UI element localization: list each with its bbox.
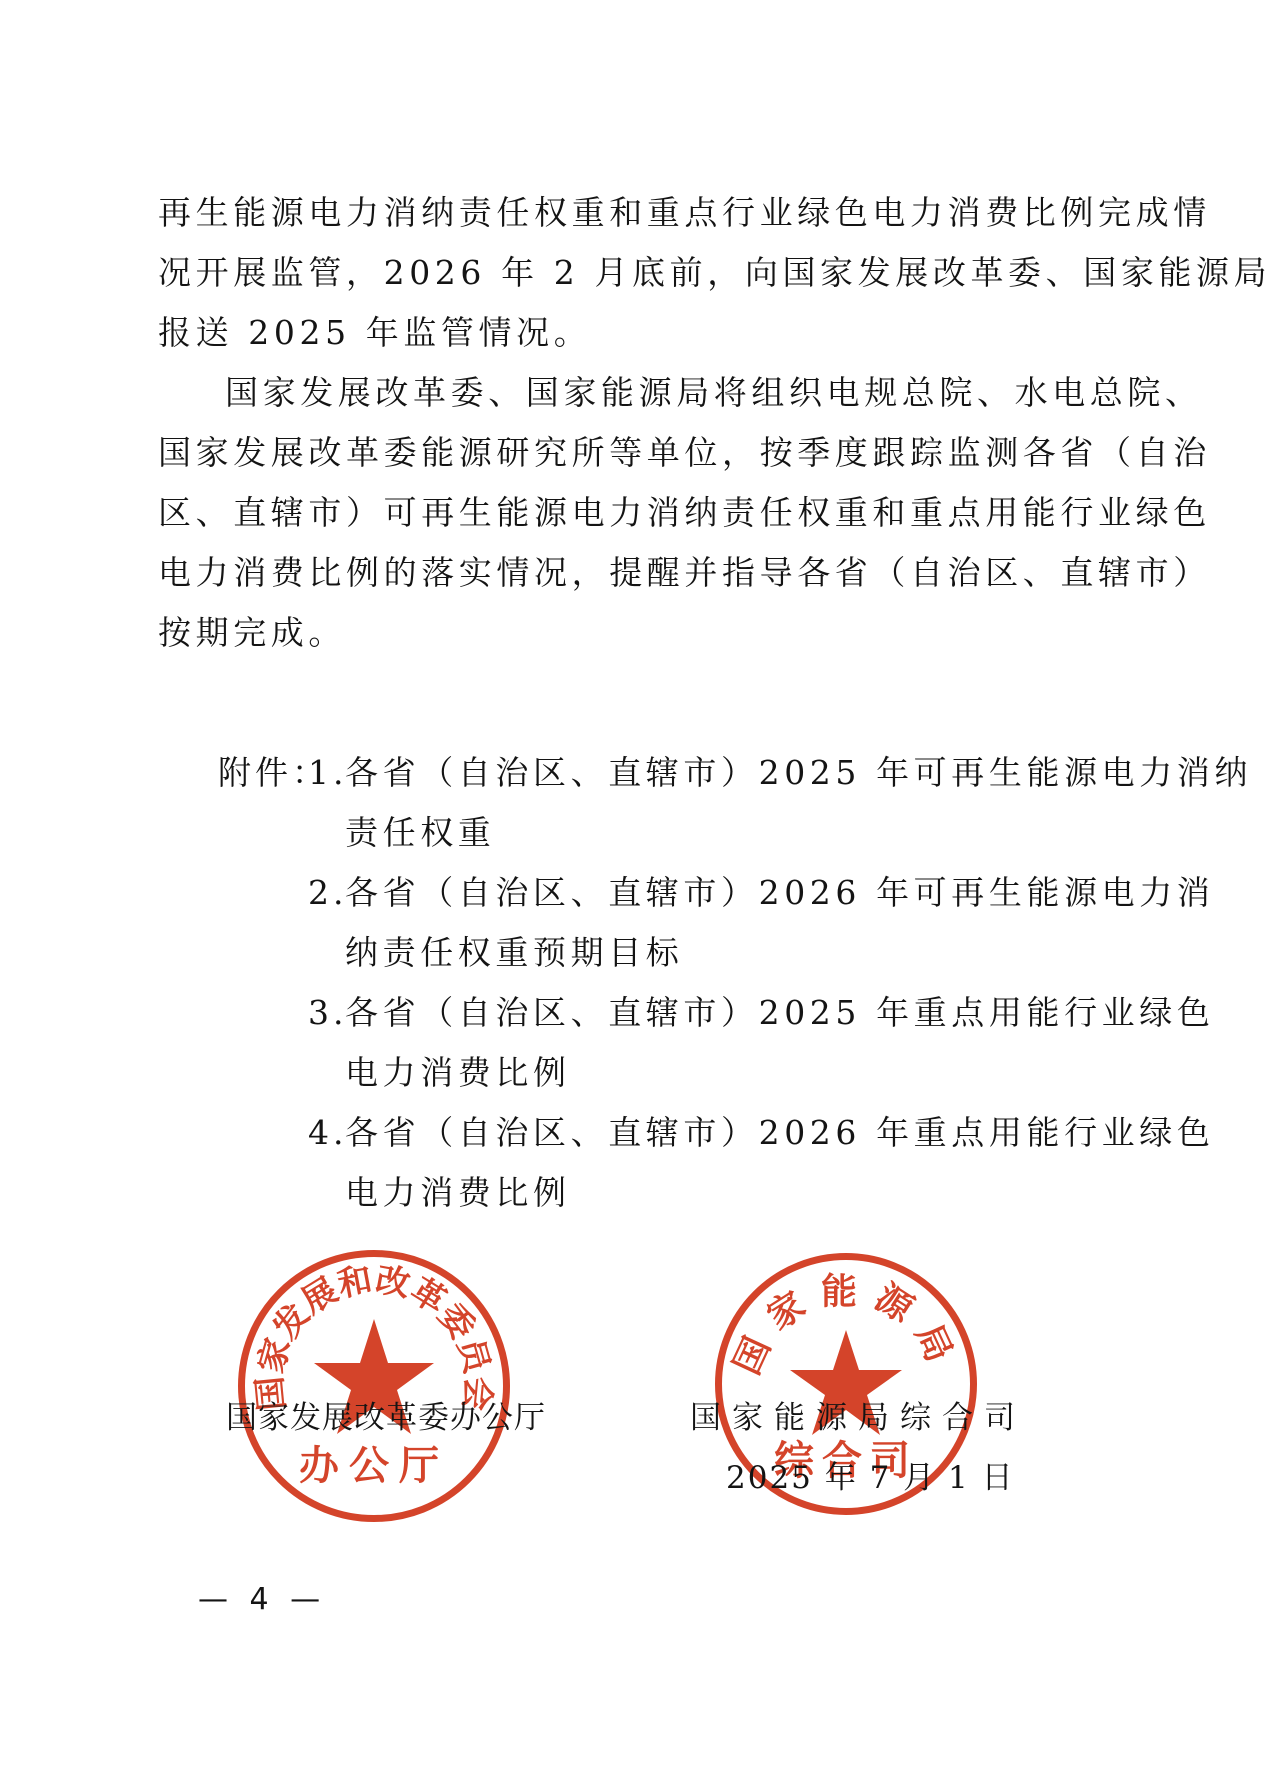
paragraph-2-line-1: 国家发展改革委、国家能源局将组织电规总院、水电总院、 [225, 373, 1078, 413]
ndrc-office-seal: 国家发展和改革委员会 办公厅 [238, 1250, 510, 1522]
issue-date: 2025 年 7 月 1 日 [726, 1458, 1015, 1498]
attachment-2-number: 2. [308, 873, 348, 913]
svg-text:办公厅: 办公厅 [299, 1442, 449, 1489]
attachment-3-number: 3. [308, 993, 348, 1033]
attachment-4-number: 4. [308, 1113, 348, 1153]
paragraph-1-line-1: 再生能源电力消纳责任权重和重点行业绿色电力消费比例完成情 [158, 193, 1078, 233]
signature-ndrc-office: 国家发展改革委办公厅 [226, 1398, 546, 1438]
attachment-3-title-cont: 电力消费比例 [345, 1053, 571, 1093]
attachment-4-title-cont: 电力消费比例 [345, 1173, 571, 1213]
attachment-2-title: 各省（自治区、直辖市）2026 年可再生能源电力消 [345, 873, 1055, 913]
attachment-1-number: 1. [308, 753, 348, 793]
paragraph-2-line-2: 国家发展改革委能源研究所等单位，按季度跟踪监测各省（自治 [158, 433, 1078, 473]
star-icon: 国家发展和改革委员会 办公厅 [245, 1257, 503, 1515]
attachment-1-title: 各省（自治区、直辖市）2025 年可再生能源电力消纳 [345, 753, 1055, 793]
attachment-3-title: 各省（自治区、直辖市）2025 年重点用能行业绿色 [345, 993, 1055, 1033]
paragraph-2-line-5: 按期完成。 [158, 613, 346, 653]
signature-nea-dept: 国家能源局综合司 [690, 1398, 1026, 1438]
paragraph-1-line-3: 报送 2025 年监管情况。 [158, 313, 591, 353]
paragraph-1-line-2: 况开展监管，2026 年 2 月底前，向国家发展改革委、国家能源局 [158, 253, 1078, 293]
paragraph-2-line-3: 区、直辖市）可再生能源电力消纳责任权重和重点用能行业绿色 [158, 493, 1078, 533]
attachment-2-title-cont: 纳责任权重预期目标 [345, 933, 683, 973]
page-number: — 4 — [198, 1582, 326, 1617]
attachment-4-title: 各省（自治区、直辖市）2026 年重点用能行业绿色 [345, 1113, 1055, 1153]
paragraph-2-line-4: 电力消费比例的落实情况，提醒并指导各省（自治区、直辖市） [158, 553, 1078, 593]
attachment-1-title-cont: 责任权重 [345, 813, 495, 853]
